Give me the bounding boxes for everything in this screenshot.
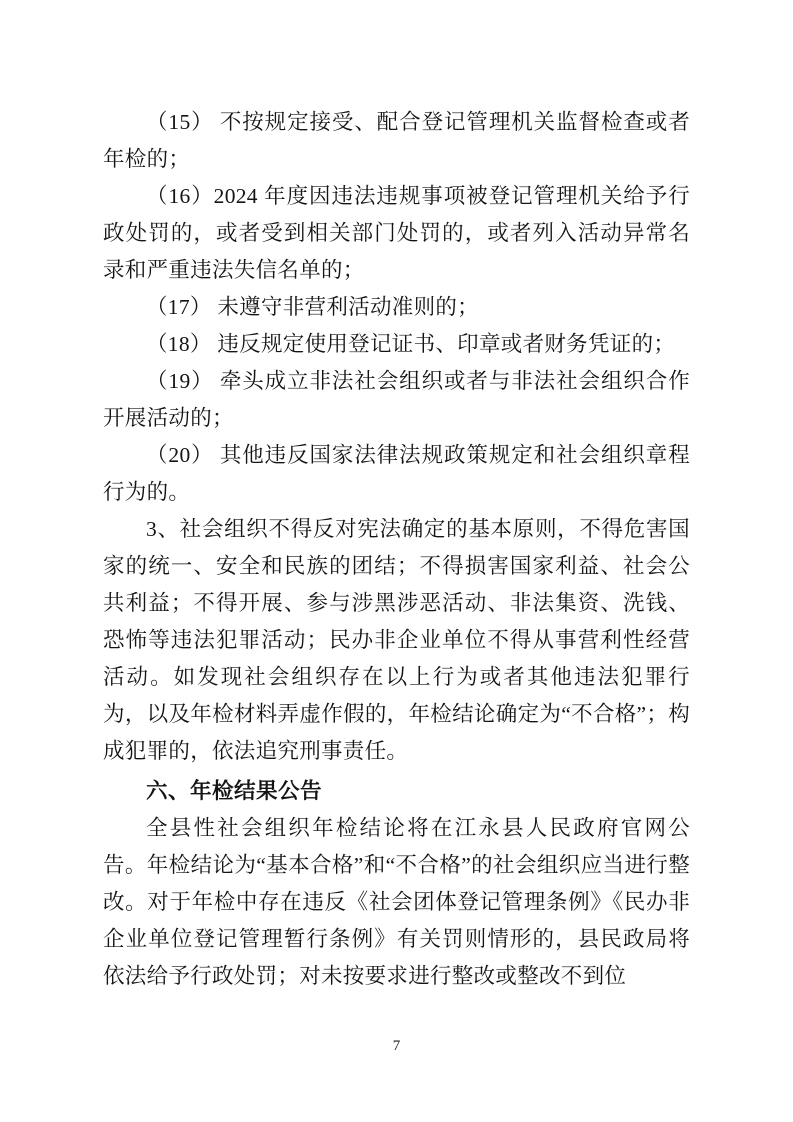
paragraph-clause-18: （18） 违反规定使用登记证书、印章或者财务凭证的； [103,326,690,363]
paragraph-clause-16: （16）2024 年度因违法违规事项被登记管理机关给予行政处罚的，或者受到相关部… [103,178,690,289]
paragraph-clause-15: （15） 不按规定接受、配合登记管理机关监督检查或者年检的； [103,104,690,178]
paragraph-clause-17: （17） 未遵守非营利活动准则的； [103,289,690,326]
document-page: （15） 不按规定接受、配合登记管理机关监督检查或者年检的； （16）2024 … [0,0,793,1122]
paragraph-clause-20: （20） 其他违反国家法律法规政策规定和社会组织章程行为的。 [103,437,690,511]
paragraph-announcement: 全县性社会组织年检结论将在江永县人民政府官网公告。年检结论为“基本合格”和“不合… [103,810,690,995]
paragraph-item-3: 3、社会组织不得反对宪法确定的基本原则，不得危害国家的统一、安全和民族的团结；不… [103,511,690,770]
page-number: 7 [0,1038,793,1054]
paragraph-clause-19: （19） 牵头成立非法社会组织或者与非法社会组织合作开展活动的； [103,363,690,437]
document-body: （15） 不按规定接受、配合登记管理机关监督检查或者年检的； （16）2024 … [103,104,690,995]
section-heading-annual-inspection-results: 六、年检结果公告 [103,773,690,810]
